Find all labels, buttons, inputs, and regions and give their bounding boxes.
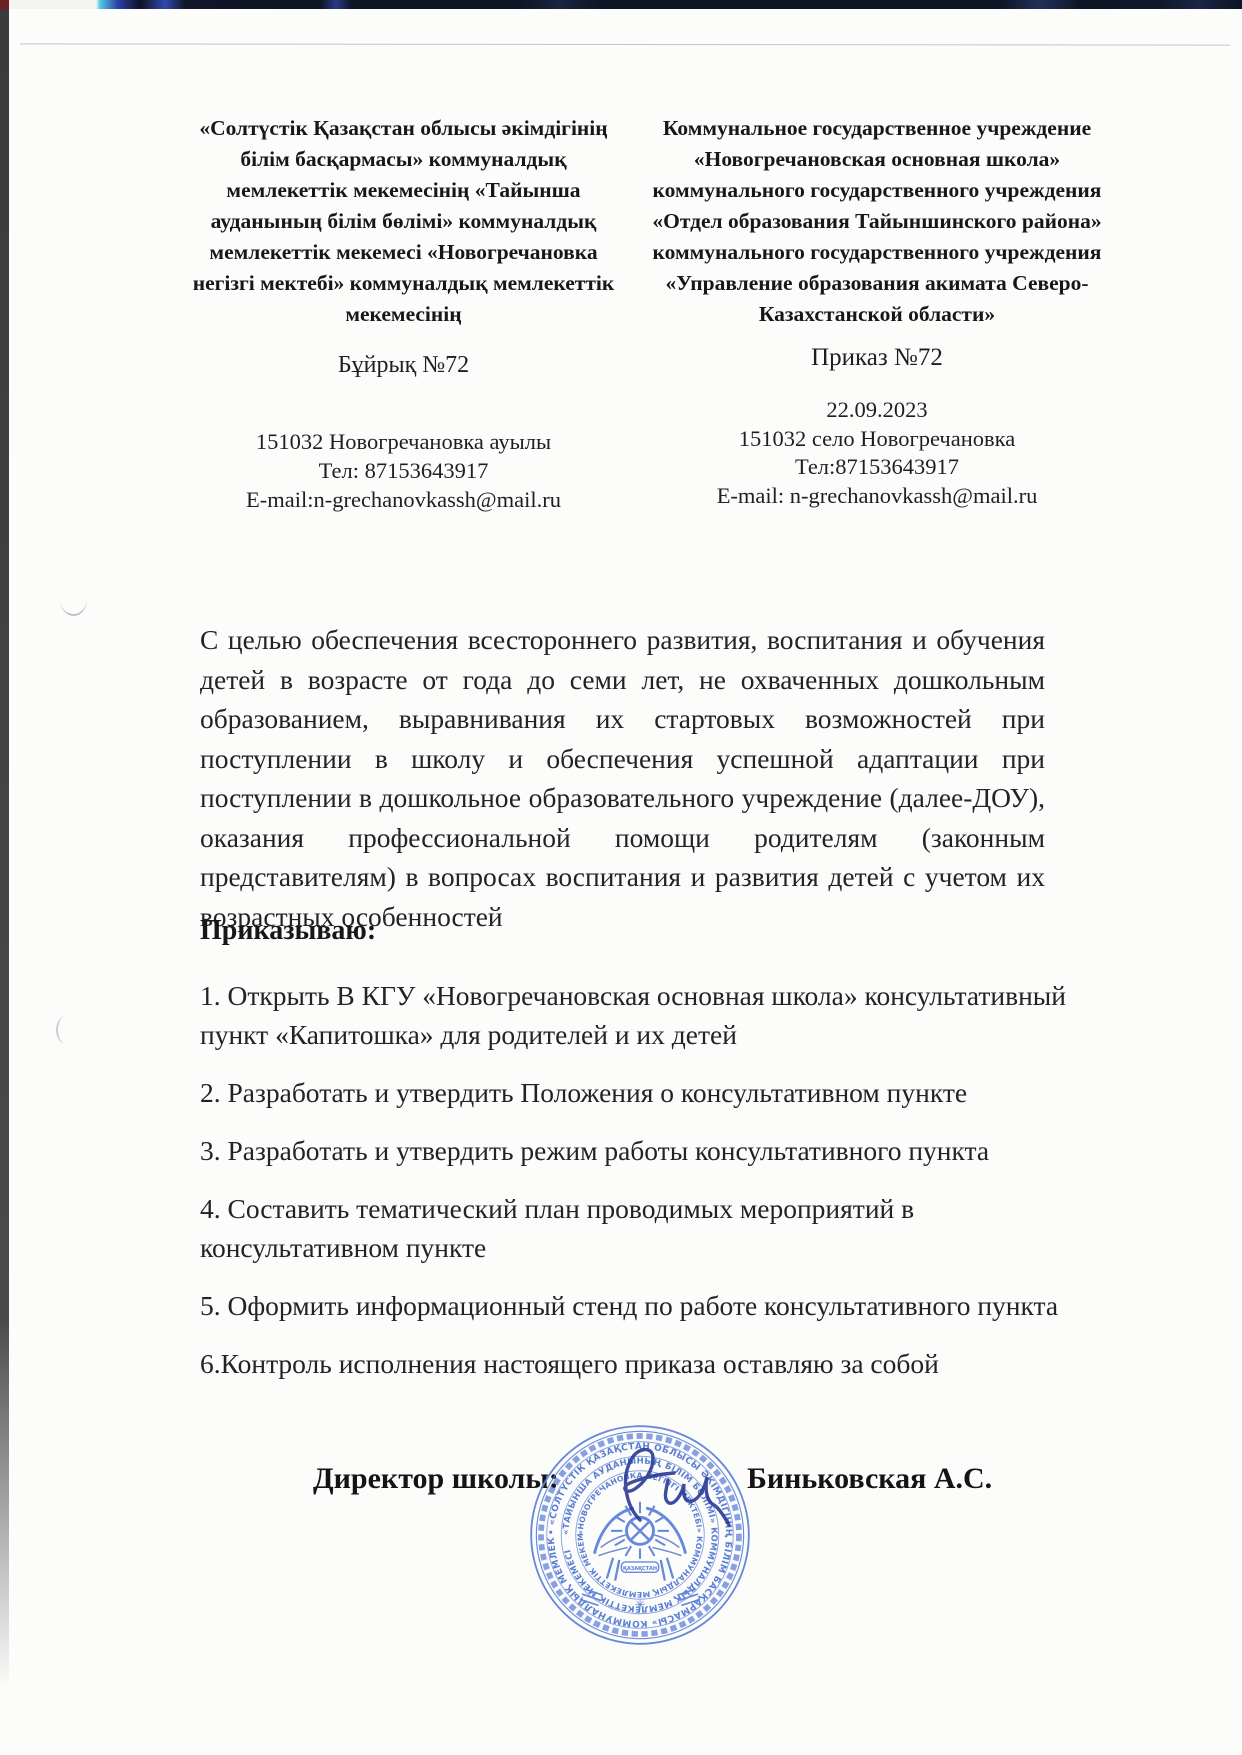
- email-line: E-mail:n-grechanovkassh@mail.ru: [185, 485, 622, 514]
- order-date: 22.09.2023: [648, 396, 1106, 425]
- signature-handwriting: [606, 1442, 756, 1536]
- order-item: 6.Контроль исполнения настоящего приказа…: [200, 1344, 1105, 1383]
- order-number-russian: Приказ №72: [648, 344, 1106, 372]
- scan-edge-left: [0, 9, 9, 1689]
- signature-role-label: Директор школы:: [313, 1462, 559, 1496]
- contact-block-right: 22.09.2023 151032 село Новогречановка Те…: [648, 396, 1106, 510]
- address-line: 151032 Новогречановка ауылы: [185, 427, 622, 456]
- order-preamble: С целью обеспечения всестороннего развит…: [200, 620, 1045, 936]
- contact-block-left: 151032 Новогречановка ауылы Тел: 8715364…: [185, 427, 622, 514]
- order-items: 1. Открыть В КГУ «Новогречановская основ…: [200, 976, 1105, 1402]
- order-item: 2. Разработать и утвердить Положения о к…: [200, 1073, 1105, 1112]
- order-item: 1. Открыть В КГУ «Новогречановская основ…: [200, 976, 1105, 1054]
- scan-paper-fold-line: [20, 43, 1230, 45]
- scanned-order-document: «Солтүстік Қазақстан облысы әкімдігінің …: [0, 0, 1242, 1755]
- phone-line: Тел:87153643917: [648, 453, 1106, 482]
- scan-edge-top: [0, 0, 1242, 9]
- seal-center-label: ҚАЗАҚСТАН: [623, 1566, 657, 1572]
- phone-line: Тел: 87153643917: [185, 456, 622, 485]
- order-number-kazakh: Бұйрық №72: [185, 352, 622, 379]
- org-name-kazakh: «Солтүстік Қазақстан облысы әкімдігінің …: [185, 113, 622, 330]
- scan-pen-mark: [59, 597, 89, 618]
- seal-star-icon: ✳: [634, 1598, 645, 1613]
- email-line: E-mail: n-grechanovkassh@mail.ru: [648, 482, 1106, 511]
- org-name-russian: Коммунальное государственное учреждение …: [648, 113, 1106, 330]
- order-item: 5. Оформить информационный стенд по рабо…: [200, 1286, 1105, 1325]
- resolve-word: Приказываю:: [200, 915, 376, 947]
- order-item: 3. Разработать и утвердить режим работы …: [200, 1131, 1105, 1170]
- address-line: 151032 село Новогречановка: [648, 425, 1106, 454]
- scan-pen-mark: [56, 1016, 76, 1044]
- signature-name: Биньковская А.С.: [747, 1462, 992, 1496]
- order-item: 4. Составить тематический план проводимы…: [200, 1189, 1105, 1267]
